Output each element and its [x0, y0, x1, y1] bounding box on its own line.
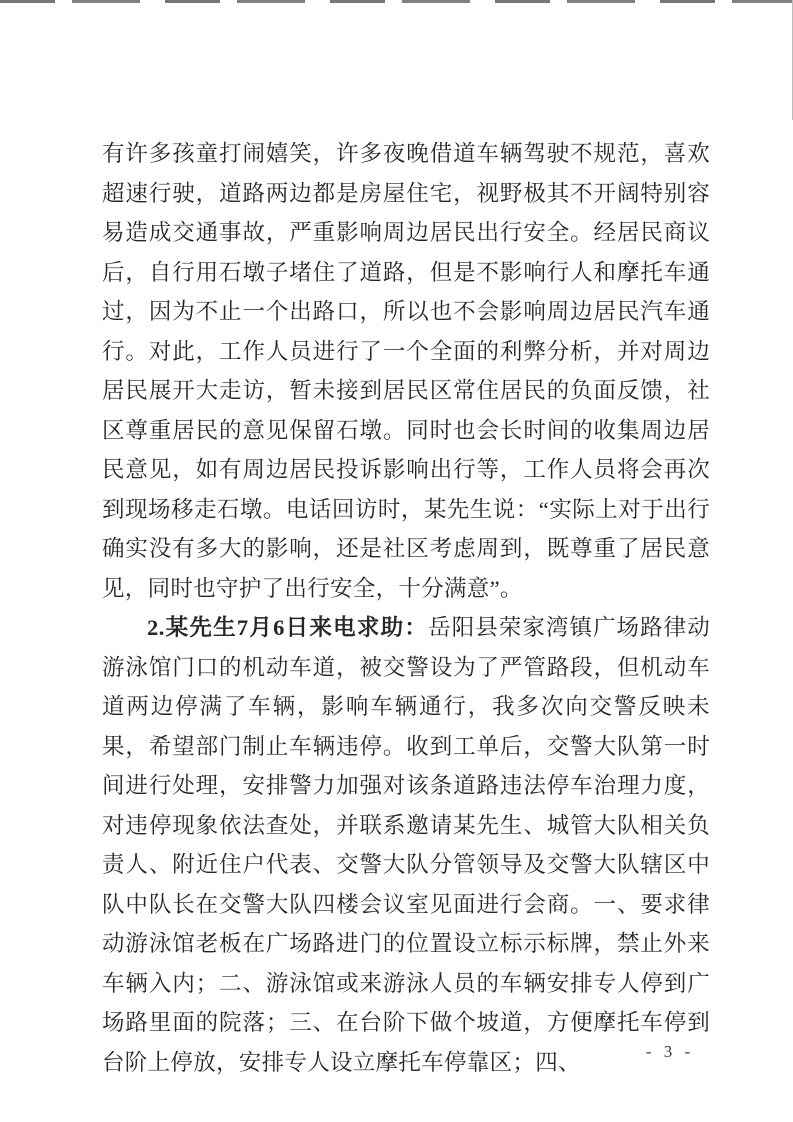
paragraph-lead-bold: 2.某先生7月6日来电求助： [147, 615, 428, 640]
document-page: 有许多孩童打闹嬉笑，许多夜晚借道车辆驾驶不规范，喜欢超速行驶，道路两边都是房屋住… [0, 0, 793, 1122]
paragraph-item-2: 2.某先生7月6日来电求助：岳阳县荣家湾镇广场路律动游泳馆门口的机动车道，被交警… [102, 608, 710, 1082]
document-body: 有许多孩童打闹嬉笑，许多夜晚借道车辆驾驶不规范，喜欢超速行驶，道路两边都是房屋住… [102, 134, 710, 1082]
scan-artifact-top-edge [0, 0, 793, 3]
paragraph-text: 有许多孩童打闹嬉笑，许多夜晚借道车辆驾驶不规范，喜欢超速行驶，道路两边都是房屋住… [102, 141, 710, 601]
page-number: - 3 - [640, 1042, 700, 1062]
paragraph-continuation: 有许多孩童打闹嬉笑，许多夜晚借道车辆驾驶不规范，喜欢超速行驶，道路两边都是房屋住… [102, 134, 710, 608]
paragraph-text: 岳阳县荣家湾镇广场路律动游泳馆门口的机动车道，被交警设为了严管路段，但机动车道两… [102, 615, 710, 1075]
